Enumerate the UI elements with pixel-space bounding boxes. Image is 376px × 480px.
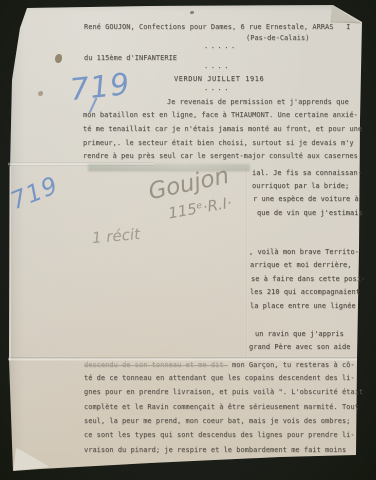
fragment-line: arrique et moi derrière, xyxy=(250,261,351,269)
sender-address-line: René GOUJON, Confections pour Dames, 6 r… xyxy=(84,23,350,31)
fragment-line: ourriquot par la bride; xyxy=(252,182,349,190)
dots-separator: .... xyxy=(204,84,231,92)
paragraph-line: Je revenais de permission et j'apprends … xyxy=(167,98,349,106)
fragment-line: les 210 qui accompagnaient xyxy=(250,288,360,296)
paragraph-line: complète et le Ravin commençait à être s… xyxy=(84,403,359,411)
fragment-line: grand Père avec son aide xyxy=(249,343,350,351)
paragraph-line: vraison du pinard; je respire et le bomb… xyxy=(84,446,346,454)
paragraph-line: primeur,. le secteur était bien choisi, … xyxy=(83,139,354,147)
sender-region-line: (Pas-de-Calais) xyxy=(246,34,309,42)
fragment-line: , voilà mon brave Territo- xyxy=(249,248,359,256)
dots-separator: ..... xyxy=(204,42,238,50)
handwritten-number-top: 719 xyxy=(68,67,132,108)
document-title: VERDUN JUILLET 1916 xyxy=(174,75,264,83)
dots-separator: .... xyxy=(204,62,231,70)
washed-text-segment: descendu de son tonneau et me dit— xyxy=(84,361,228,369)
paragraph-line: seul, la peur me prend, mon coeur bat, m… xyxy=(84,417,350,425)
paragraph-line: gnes pour en prendre livraison, et puis … xyxy=(84,388,363,396)
paragraph-line: té me tenaillait car je n'étais jamais m… xyxy=(83,125,362,133)
fragment-line: un ravin que j'appris xyxy=(255,330,344,338)
paragraph-line: mon bataillon est en ligne, face à THIAU… xyxy=(83,111,358,119)
paragraph-line: té de ce tonneau en attendant que les co… xyxy=(84,374,355,382)
fragment-line: que de vin que j'estimais xyxy=(257,209,363,217)
fragment-line: r une espèce de voiture à xyxy=(253,195,359,203)
paragraph-line: descendu de son tonneau et me dit— mon G… xyxy=(84,361,355,369)
fragment-line: la place entre une lignée xyxy=(250,302,356,310)
paragraph-text-segment: mon Garçon, tu resteras à cô- xyxy=(228,361,355,369)
paragraph-line: rendre à peu près seul car le sergent-ma… xyxy=(83,152,358,160)
scanned-document-photo: René GOUJON, Confections pour Dames, 6 r… xyxy=(0,0,376,480)
paragraph-line: ce sont les types qui sont descendus des… xyxy=(84,431,355,439)
unit-line: du 115ème d'INFANTERIE xyxy=(84,54,177,62)
fragment-line: se à faire dans cette posi- xyxy=(251,275,365,283)
fragment-line: ial. Je fis sa connaissan- xyxy=(252,169,362,177)
